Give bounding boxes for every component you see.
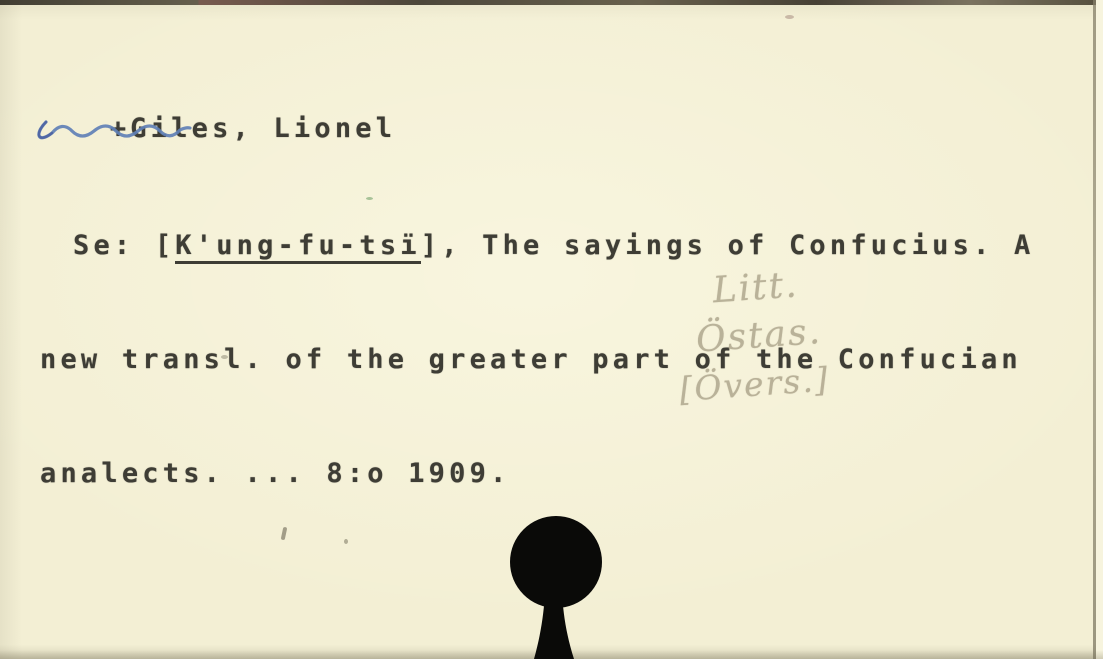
card-top-edge [0, 0, 1103, 5]
scan-speck [366, 197, 373, 200]
body-line-1-rest: ], The sayings of Confucius. A [421, 230, 1035, 261]
body-line-3: analects. ... 8:o 1909. [40, 455, 1034, 493]
scan-speck [785, 15, 794, 19]
catalog-card: +Giles, Lionel Se: [K'ung-fu-tsï], The s… [0, 0, 1103, 659]
wavy-underline [22, 115, 202, 149]
see-reference-prefix: Se: [ [73, 230, 175, 261]
scan-speck [344, 539, 348, 544]
bracketed-title: K'ung-fu-tsï [175, 230, 420, 264]
card-right-edge [1093, 0, 1096, 659]
handwritten-notes: Litt. Östas. [Övers.] [671, 254, 910, 414]
card-right-strip [1096, 0, 1103, 659]
hole-punch [500, 512, 616, 659]
scan-speck [221, 355, 228, 359]
